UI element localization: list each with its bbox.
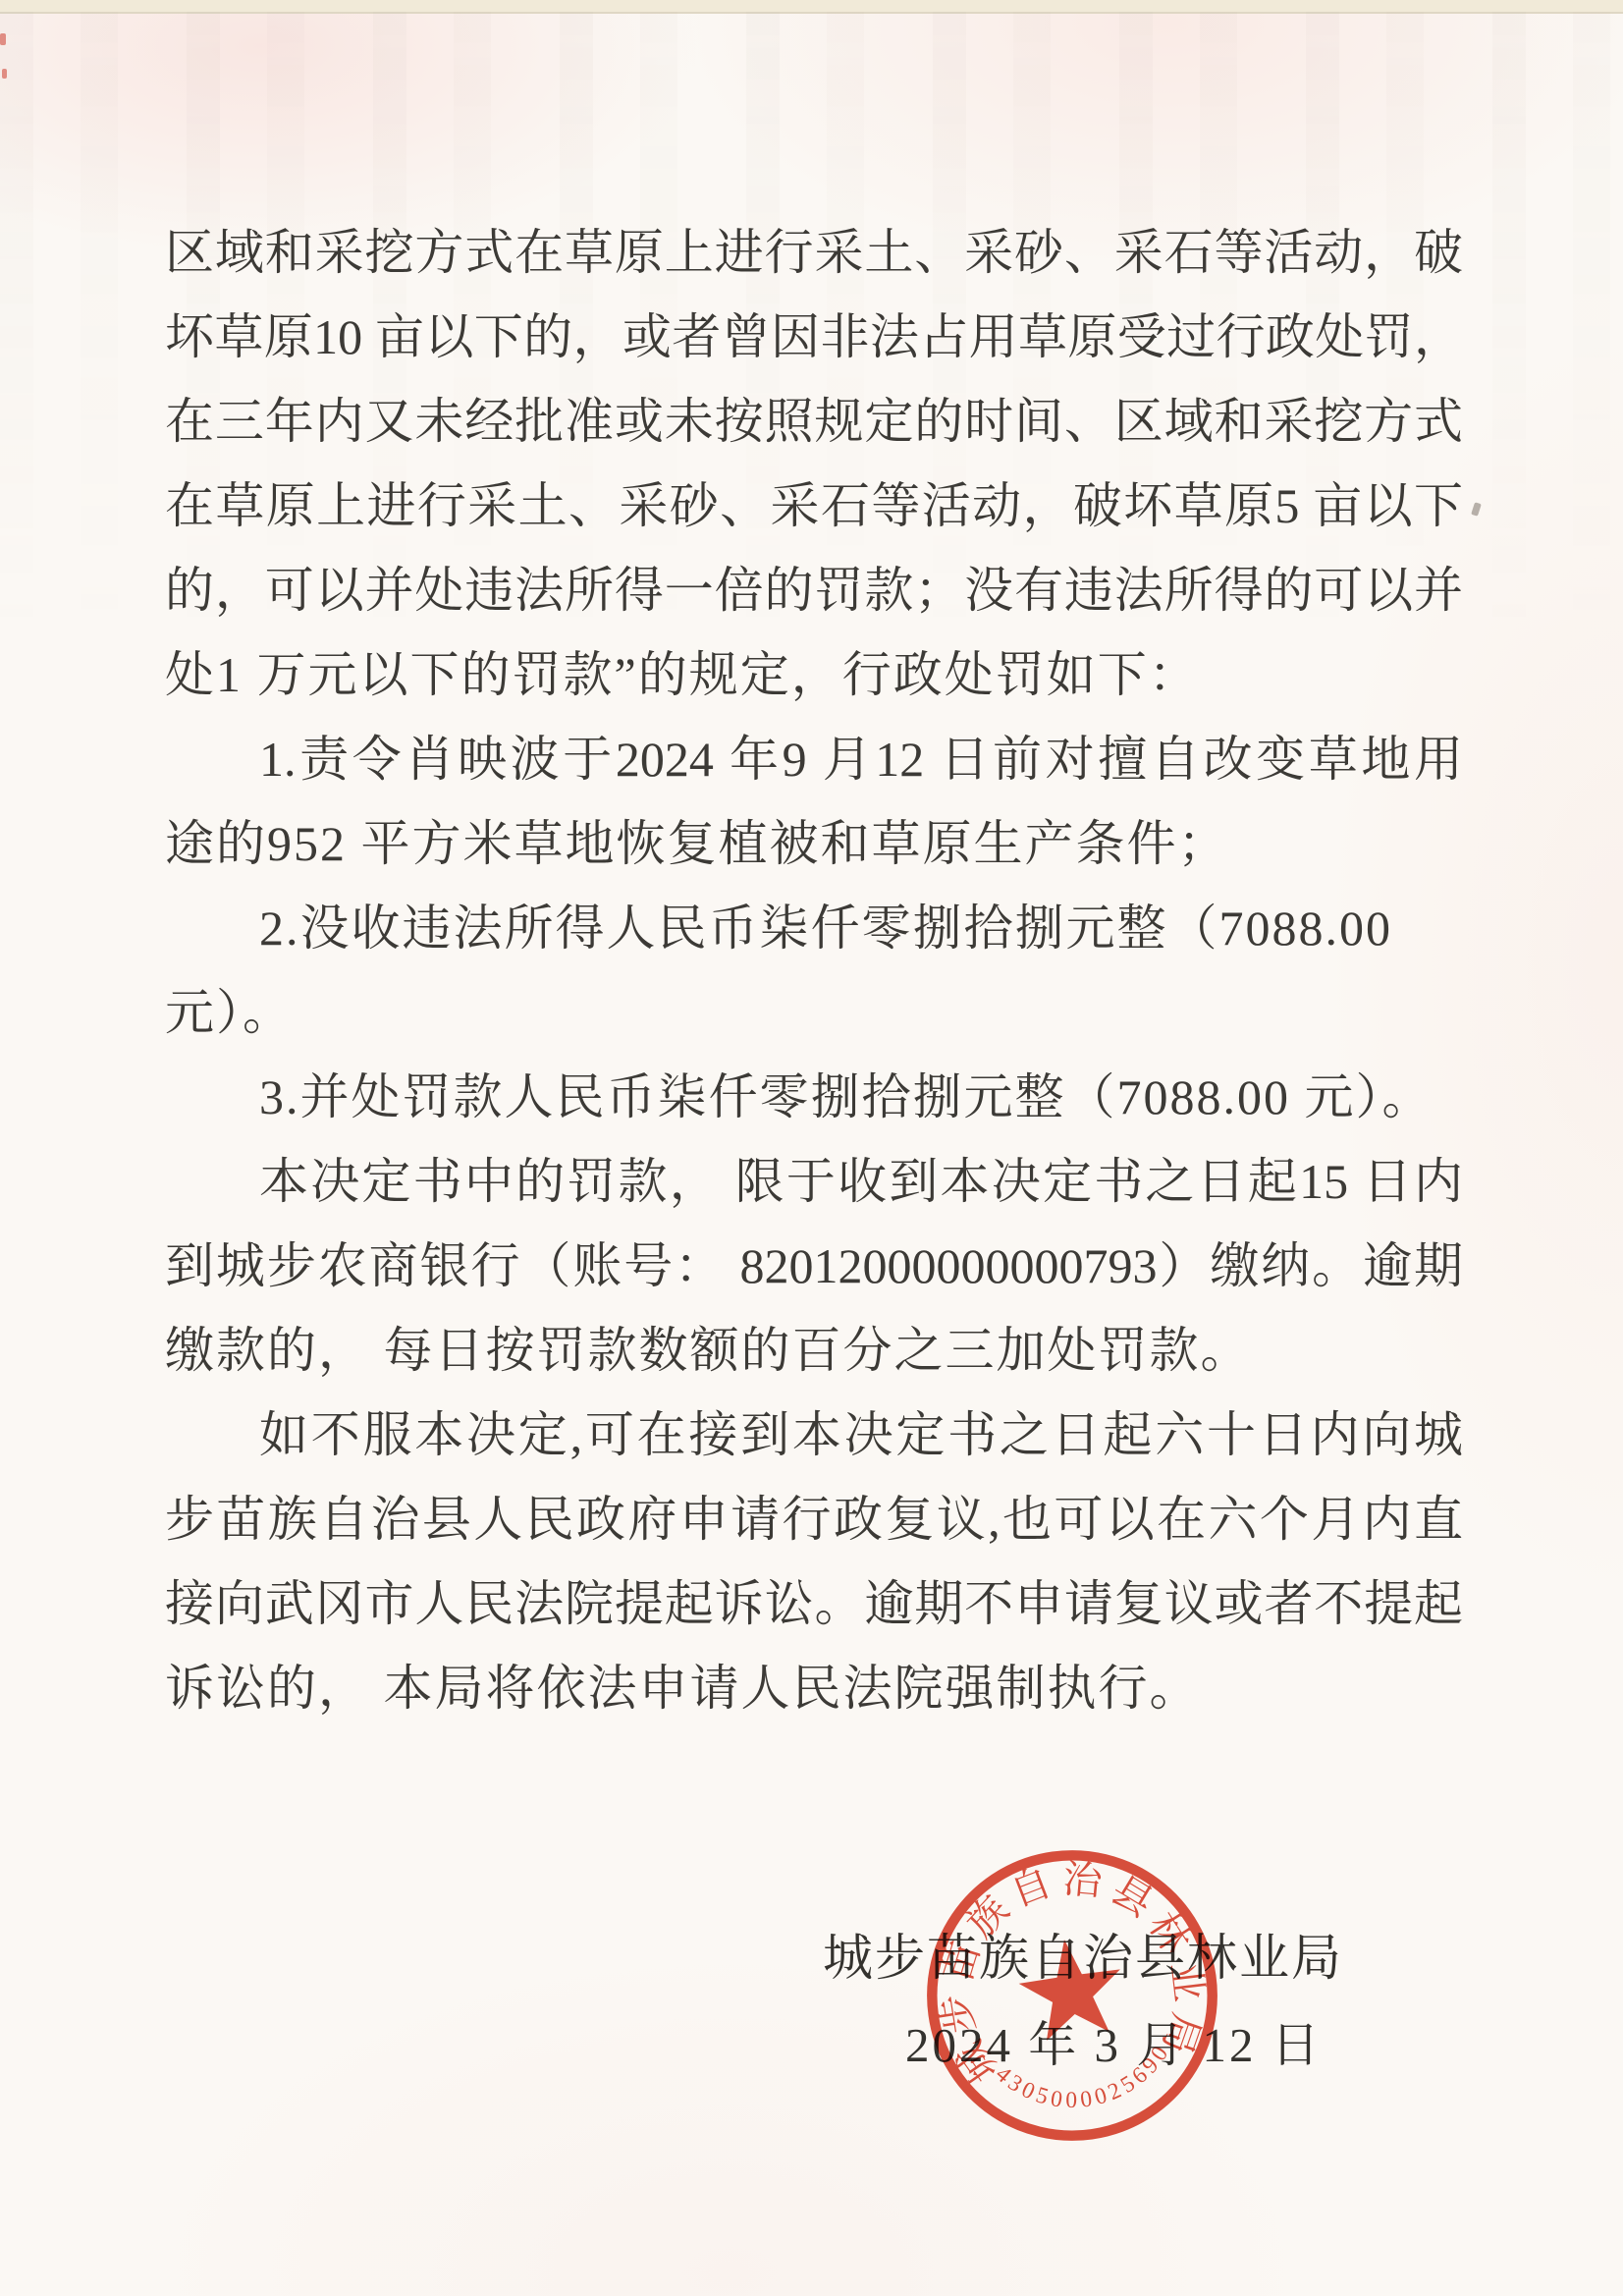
body-line: 本决定书中的罚款， 限于收到本决定书之日起15 日内 <box>165 1139 1463 1224</box>
body-line: 在三年内又未经批准或未按照规定的时间、区域和采挖方式 <box>165 379 1463 464</box>
body-line: 坏草原10 亩以下的，或者曾因非法占用草原受过行政处罚， <box>165 295 1463 379</box>
body-line: 步苗族自治县人民政府申请行政复议,也可以在六个月内直 <box>165 1477 1463 1561</box>
scan-gray-speck-artifact <box>1471 502 1482 517</box>
body-line: 区域和采挖方式在草原上进行采土、采砂、采石等活动，破 <box>165 210 1463 295</box>
body-line: 元）。 <box>165 970 1463 1055</box>
scan-red-speck-artifact <box>2 69 7 79</box>
body-line: 诉讼的， 本局将依法申请人民法院强制执行。 <box>165 1646 1463 1730</box>
body-text: 区域和采挖方式在草原上进行采土、采砂、采石等活动，破 坏草原10 亩以下的，或者… <box>165 210 1463 1730</box>
body-line: 处1 万元以下的罚款”的规定，行政处罚如下： <box>165 632 1463 717</box>
body-line: 途的952 平方米草地恢复植被和草原生产条件； <box>165 801 1463 886</box>
body-line: 2.没收违法所得人民币柒仟零捌拾捌元整（7088.00 <box>165 886 1463 970</box>
body-line: 1.责令肖映波于2024 年9 月12 日前对擅自改变草地用 <box>165 717 1463 801</box>
body-line: 如不服本决定,可在接到本决定书之日起六十日内向城 <box>165 1393 1463 1477</box>
body-line: 3.并处罚款人民币柒仟零捌拾捌元整（7088.00 元）。 <box>165 1055 1463 1139</box>
body-line: 在草原上进行采土、采砂、采石等活动，破坏草原5 亩以下 <box>165 464 1463 548</box>
body-line: 接向武冈市人民法院提起诉讼。逾期不申请复议或者不提起 <box>165 1561 1463 1646</box>
body-line: 缴款的， 每日按罚款数额的百分之三加处罚款。 <box>165 1308 1463 1393</box>
body-line: 到城步农商银行（账号： 82012000000000793）缴纳。逾期 <box>165 1224 1463 1308</box>
seal-star-icon <box>1013 1933 1128 2044</box>
scan-top-edge-artifact <box>0 0 1623 14</box>
document-page: 区域和采挖方式在草原上进行采土、采砂、采石等活动，破 坏草原10 亩以下的，或者… <box>0 0 1623 2296</box>
official-seal: 城步苗族自治县林业局 4305000025690 <box>879 1802 1265 2188</box>
scan-red-speck-artifact <box>0 33 6 45</box>
body-line: 的，可以并处违法所得一倍的罚款；没有违法所得的可以并 <box>165 548 1463 632</box>
